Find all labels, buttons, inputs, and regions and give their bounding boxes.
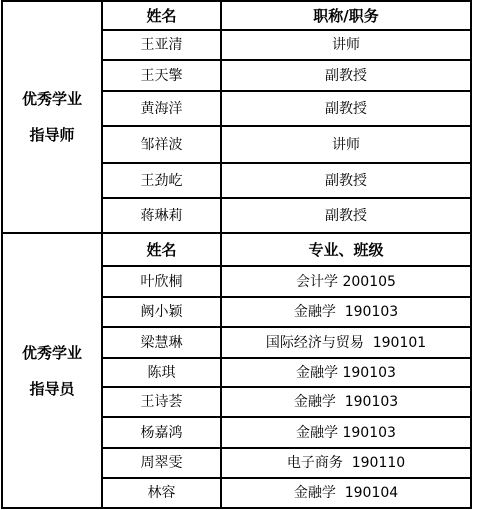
cell-name: 阙小颖 (102, 297, 221, 327)
award-table: 优秀学业 指导师 姓名 职称/职务 王亚清 讲师 王天擎 副教授 黄海洋 副教授… (1, 0, 472, 509)
cell-value: 副教授 (221, 91, 471, 126)
section-header-row: 优秀学业 指导师 姓名 职称/职务 (2, 1, 471, 30)
header-name: 姓名 (102, 233, 221, 266)
cell-name: 杨嘉鸿 (102, 417, 221, 448)
cell-value: 电子商务 190110 (221, 448, 471, 478)
cell-value: 金融学 190103 (221, 387, 471, 417)
header-title: 职称/职务 (221, 1, 471, 30)
cell-name: 王劲屹 (102, 163, 221, 198)
cell-name: 蒋琳莉 (102, 198, 221, 233)
cell-value: 讲师 (221, 30, 471, 60)
group-label-advisor: 优秀学业 指导师 (2, 1, 102, 233)
section-header-row: 优秀学业 指导员 姓名 专业、班级 (2, 233, 471, 266)
cell-value: 金融学 190103 (221, 417, 471, 448)
cell-value: 金融学 190103 (221, 297, 471, 327)
cell-value: 国际经济与贸易 190101 (221, 327, 471, 358)
group-label-line2: 指导师 (3, 117, 101, 153)
cell-name: 林容 (102, 478, 221, 508)
cell-name: 王亚清 (102, 30, 221, 60)
group-label-line1: 优秀学业 (3, 335, 101, 371)
cell-name: 梁慧琳 (102, 327, 221, 358)
cell-name: 黄海洋 (102, 91, 221, 126)
group-label-line2: 指导员 (3, 371, 101, 407)
cell-name: 王天擎 (102, 60, 221, 91)
cell-value: 副教授 (221, 60, 471, 91)
cell-value: 金融学 190103 (221, 358, 471, 387)
cell-name: 周翠雯 (102, 448, 221, 478)
cell-name: 陈琪 (102, 358, 221, 387)
cell-value: 副教授 (221, 198, 471, 233)
cell-name: 王诗荟 (102, 387, 221, 417)
header-name: 姓名 (102, 1, 221, 30)
cell-name: 叶欣桐 (102, 266, 221, 297)
header-major-class: 专业、班级 (221, 233, 471, 266)
cell-value: 讲师 (221, 126, 471, 163)
group-label-line1: 优秀学业 (3, 81, 101, 117)
cell-value: 会计学 200105 (221, 266, 471, 297)
cell-value: 副教授 (221, 163, 471, 198)
group-label-mentor: 优秀学业 指导员 (2, 233, 102, 508)
cell-name: 邹祥波 (102, 126, 221, 163)
cell-value: 金融学 190104 (221, 478, 471, 508)
